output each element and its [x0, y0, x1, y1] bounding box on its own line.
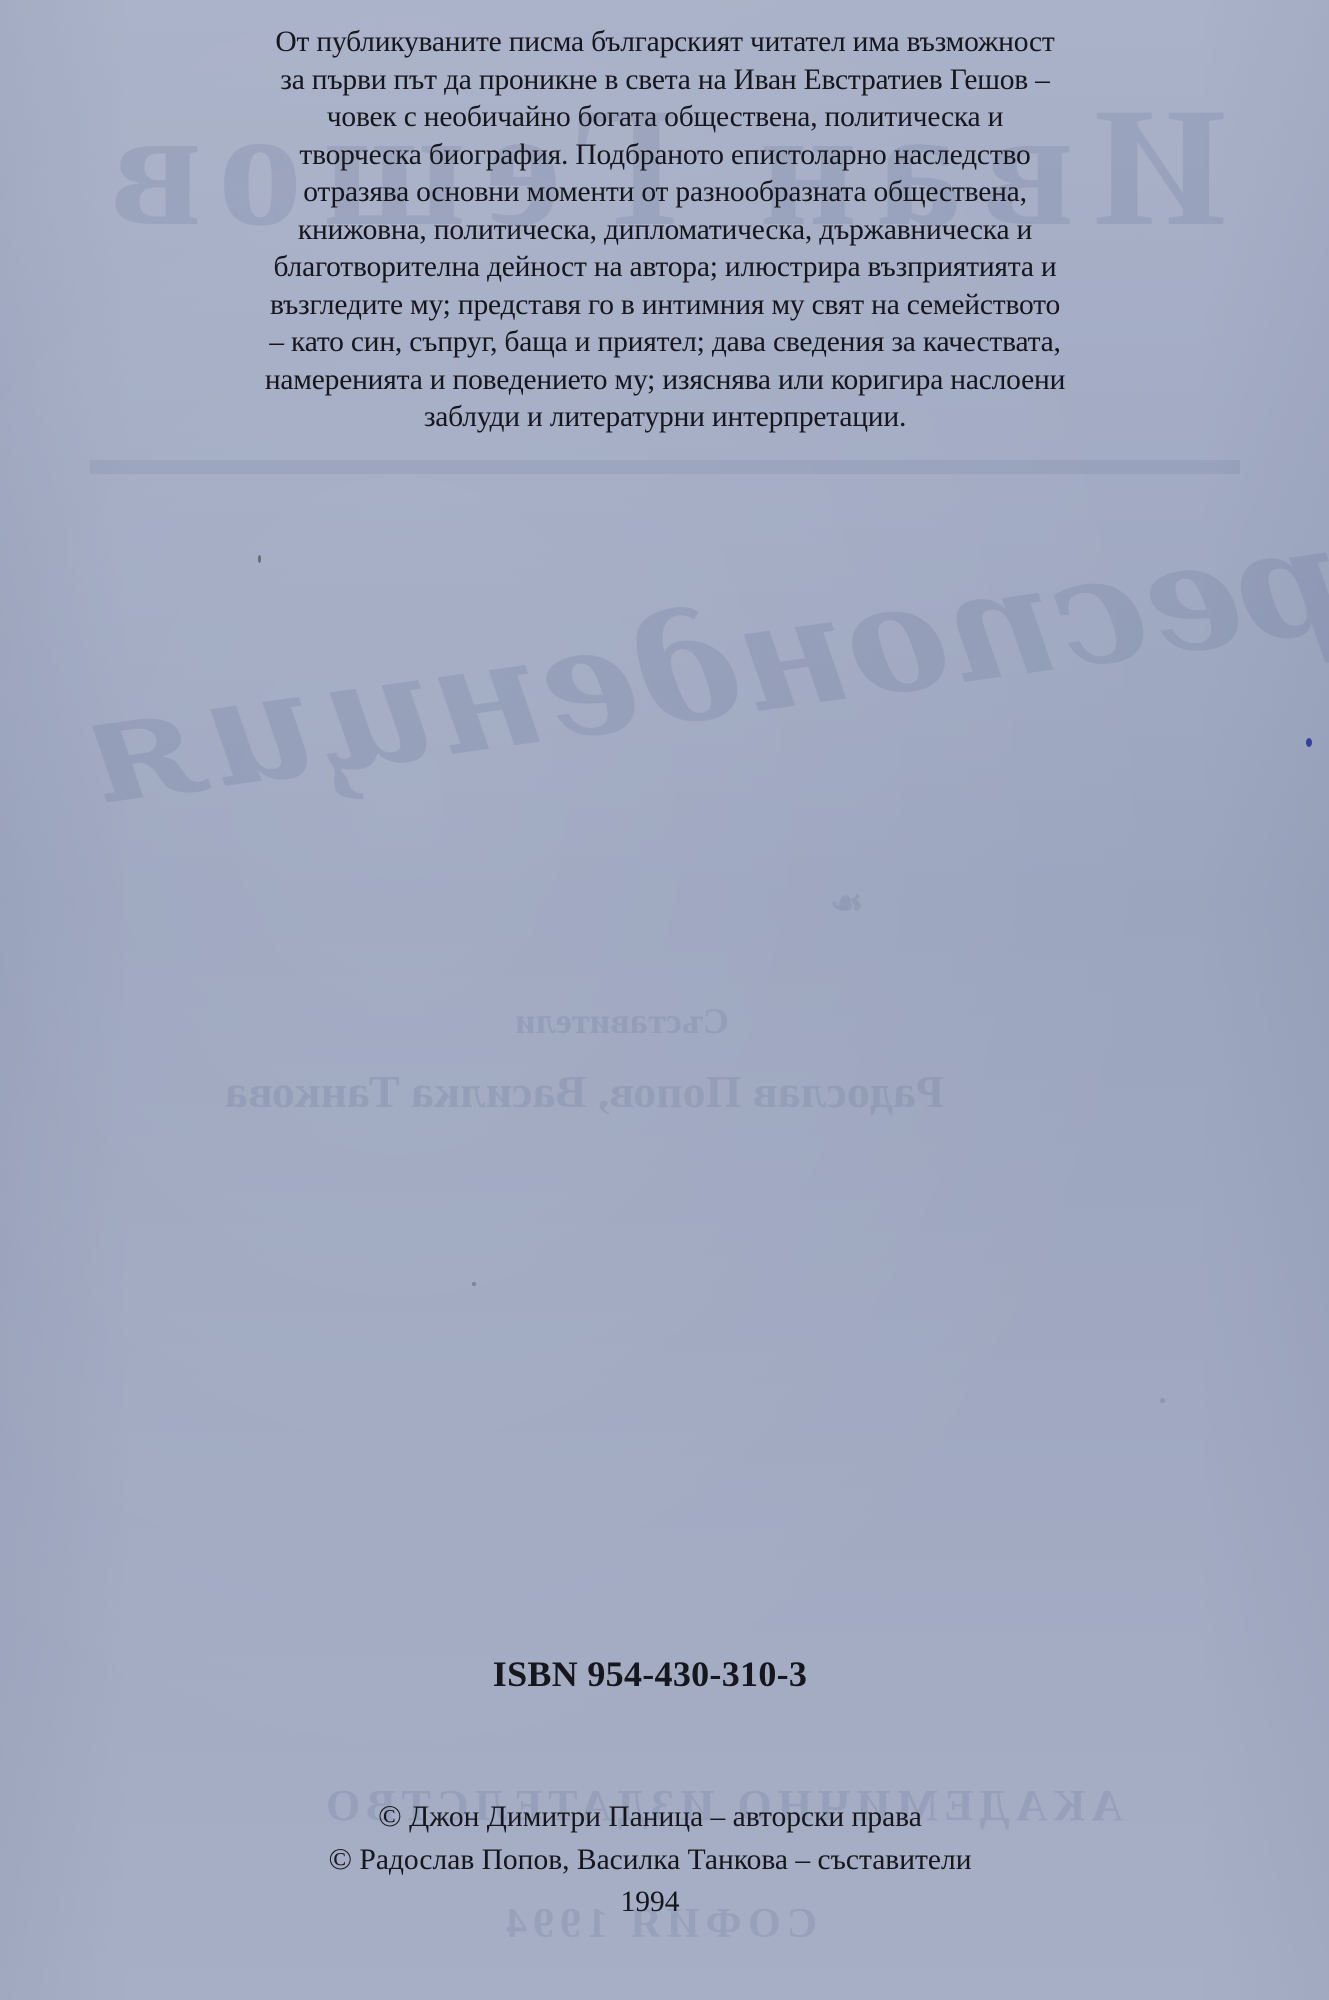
book-description: От публикуваните писма българският читат…: [170, 24, 1160, 437]
description-line: отразява основни моменти от разнообразна…: [170, 174, 1160, 212]
paper-speck: [472, 1282, 476, 1286]
copyright-compilers-text: Радослав Попов, Василка Танкова – състав…: [359, 1844, 971, 1876]
isbn-number: ISBN 954-430-310-3: [0, 1653, 1300, 1695]
description-line: благотворителна дейност на автора; илюст…: [170, 249, 1160, 287]
paper-speck: [1160, 1398, 1165, 1403]
ink-speck: [1306, 738, 1312, 747]
copyright-block: © Джон Димитри Паница – авторски права ©…: [0, 1795, 1300, 1923]
copyright-authors: © Джон Димитри Паница – авторски права: [0, 1795, 1300, 1838]
bleed-through-ornament-icon: ❧: [830, 880, 864, 927]
copyright-icon: ©: [378, 1798, 402, 1833]
description-line: човек с необичайно богата обществена, по…: [170, 99, 1160, 137]
description-line: – като син, съпруг, баща и приятел; дава…: [170, 324, 1160, 362]
bleed-through-script-title: Кореспонденция: [75, 456, 1329, 840]
copyright-icon: ©: [328, 1841, 352, 1876]
description-line: заблуди и литературни интерпретации.: [170, 399, 1160, 437]
description-line: за първи път да проникне в света на Иван…: [170, 62, 1160, 100]
publication-year: 1994: [0, 1881, 1300, 1923]
copyright-authors-text: Джон Димитри Паница – авторски права: [409, 1801, 922, 1833]
paper-speck: [258, 555, 261, 563]
description-line: творческа биография. Подбраното епистола…: [170, 137, 1160, 175]
description-line: намеренията и поведението му; изяснява и…: [170, 362, 1160, 400]
description-line: От публикуваните писма българският читат…: [170, 24, 1160, 62]
bleed-through-compilers: Радослав Попов, Василка Танкова: [225, 1065, 944, 1118]
copyright-compilers: © Радослав Попов, Василка Танкова – съст…: [0, 1838, 1300, 1881]
description-line: книжовна, политическа, дипломатическа, д…: [170, 212, 1160, 250]
description-line: възгледите му; представя го в интимния м…: [170, 287, 1160, 325]
bleed-through-rule: [90, 460, 1240, 474]
bleed-through-compilers-label: Съставители: [515, 1000, 729, 1042]
